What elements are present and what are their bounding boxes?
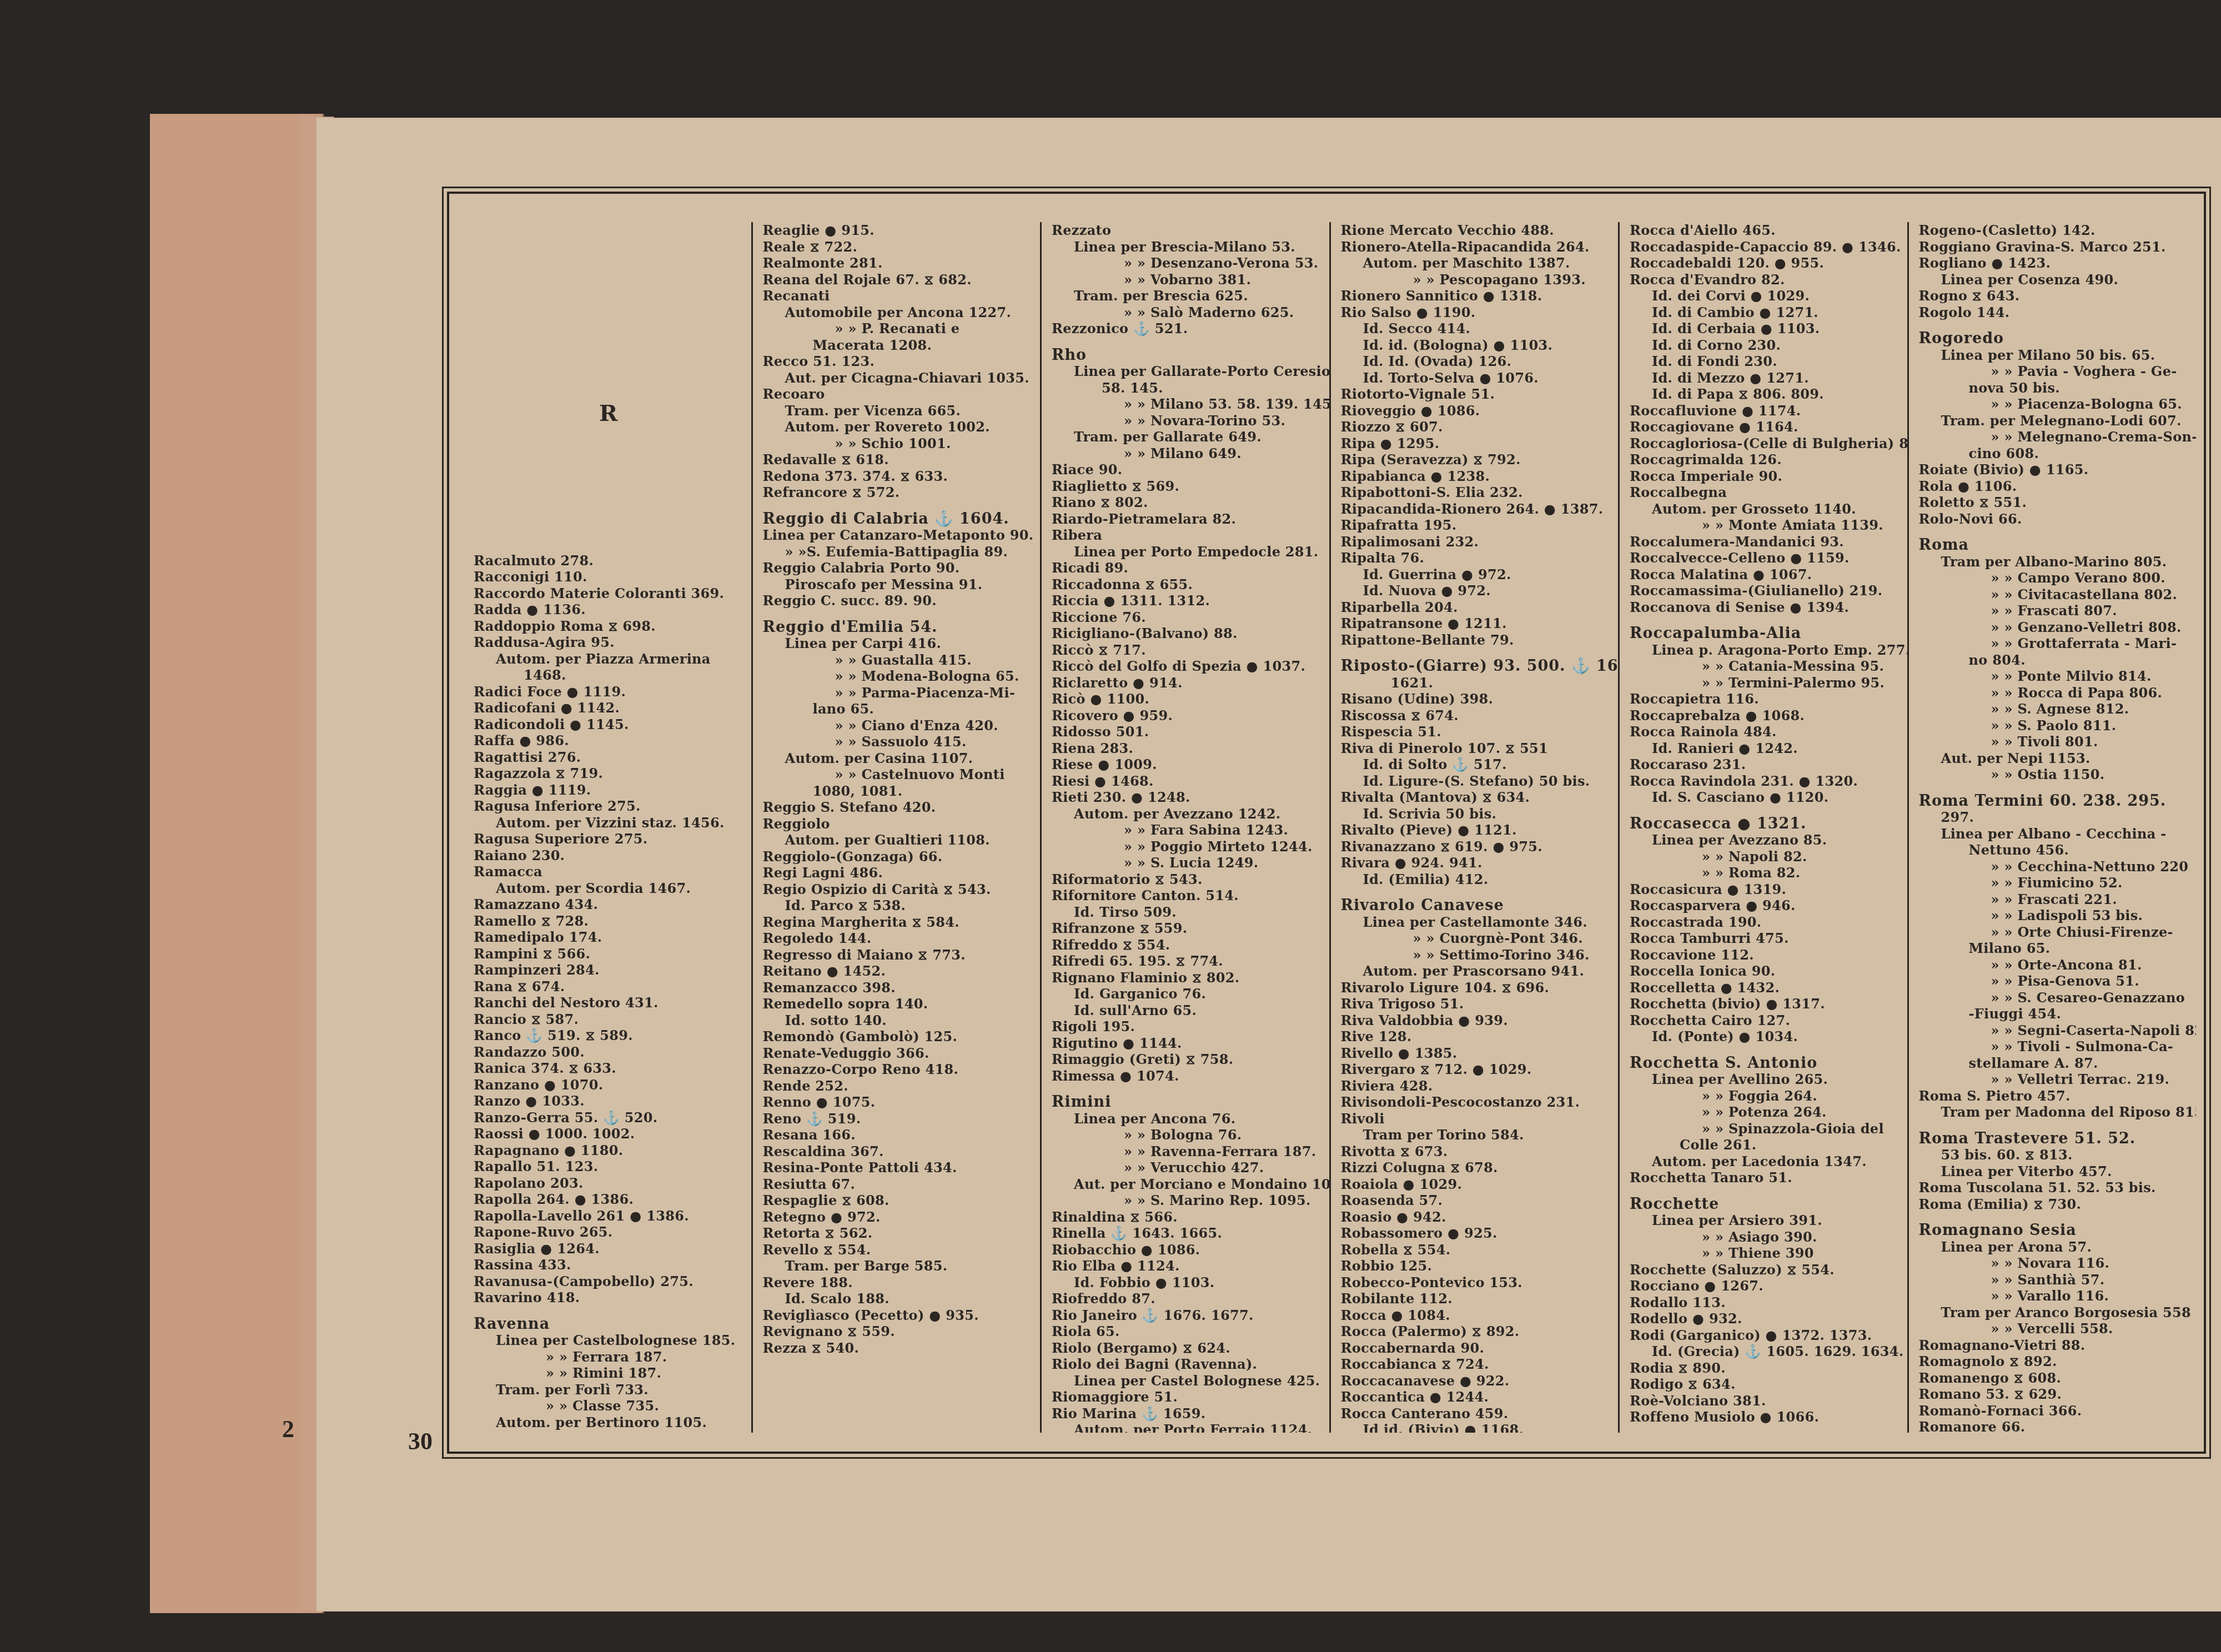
index-entry: Riobacchio ● 1086. <box>1052 1242 1321 1258</box>
index-entry: Ranzo-Gerra 55. ⚓ 520. <box>474 1109 743 1126</box>
index-entry: Raiano 230. <box>474 847 743 864</box>
index-entry: Linea per Porto Empedocle 281. <box>1052 544 1321 560</box>
index-entry: Resana 166. <box>763 1127 1033 1143</box>
index-entry: Rocchette (Saluzzo) ⧖ 554. <box>1630 1262 1900 1278</box>
index-entry: Rapagnano ● 1180. <box>474 1142 743 1159</box>
index-entry: Riccione 76. <box>1052 609 1321 626</box>
index-entry: Linea per Arsiero 391. <box>1630 1212 1900 1229</box>
index-entry: Regoledo 144. <box>763 930 1033 947</box>
column-1: R Racalmuto 278.Racconigi 110.Raccordo M… <box>464 222 753 1433</box>
index-entry: » » Schio 1001. <box>763 435 1033 452</box>
index-entry: Ragattisi 276. <box>474 749 743 766</box>
index-entry: » » Verucchio 427. <box>1052 1159 1321 1176</box>
index-entry: » » Tivoli - Sulmona-Ca- <box>1919 1038 2189 1055</box>
index-entry: Reale ⧖ 722. <box>763 239 1033 255</box>
index-entry: » » Cuorgnè-Pont 346. <box>1341 930 1611 947</box>
index-entry: Rescaldina 367. <box>763 1143 1033 1160</box>
column-4: Rione Mercato Vecchio 488.Rionero-Atella… <box>1331 222 1620 1433</box>
entry-list: RezzatoLinea per Brescia-Milano 53.» » D… <box>1052 222 1321 1433</box>
index-entry: Recco 51. 123. <box>763 353 1033 370</box>
station-heading: Rho <box>1052 347 1321 364</box>
index-entry: » » Piacenza-Bologna 65. <box>1919 396 2189 413</box>
page-number: 30 <box>408 1427 433 1455</box>
index-entry: » » Ferrara 187. <box>474 1349 743 1365</box>
index-entry: Romanengo ⧖ 608. <box>1919 1370 2189 1387</box>
index-entry: Radicofani ● 1142. <box>474 700 743 716</box>
index-entry: Id. Ranieri ● 1242. <box>1630 740 1900 757</box>
index-entry: Ravarino 418. <box>474 1289 743 1306</box>
index-entry: » » Pescopagano 1393. <box>1341 272 1611 288</box>
index-entry: -Fiuggi 454. <box>1919 1006 2189 1022</box>
index-entry: Linea p. Aragona-Porto Emp. 277. <box>1630 642 1900 659</box>
station-heading: Roma Termini 60. 238. 295. <box>1919 793 2189 810</box>
index-entry: Ripalimosani 232. <box>1341 534 1611 550</box>
index-entry: Roccasicura ● 1319. <box>1630 881 1900 898</box>
index-entry: Id. (Emilia) 412. <box>1341 871 1611 888</box>
index-entry: Ripabianca ● 1238. <box>1341 468 1611 485</box>
station-heading: Rimini <box>1052 1094 1321 1111</box>
index-entry: Robella ⧖ 554. <box>1341 1242 1611 1258</box>
index-entry: Reggio C. succ. 89. 90. <box>763 592 1033 609</box>
station-heading: Rocchetta S. Antonio <box>1630 1055 1900 1072</box>
index-entry: Riaglietto ⧖ 569. <box>1052 478 1321 495</box>
index-entry: Riano ⧖ 802. <box>1052 494 1321 511</box>
index-entry: Aut. per Nepi 1153. <box>1919 750 2189 767</box>
index-entry: Romanore 66. <box>1919 1419 2189 1433</box>
index-entry: Rodigo ⧖ 634. <box>1630 1376 1900 1393</box>
index-entry: Linea per Ancona 76. <box>1052 1111 1321 1127</box>
index-entry: Reana del Rojale 67. ⧖ 682. <box>763 272 1033 288</box>
station-heading: Ravenna <box>474 1316 743 1333</box>
index-entry: Rivisondoli-Pescocostanzo 231. <box>1341 1094 1611 1111</box>
index-entry: » » Rocca di Papa 806. <box>1919 685 2189 701</box>
station-heading: Roccasecca ● 1321. <box>1630 816 1900 832</box>
index-entry: Tram per Albano-Marino 805. <box>1919 554 2189 570</box>
index-entry: Rocca d'Aiello 465. <box>1630 222 1900 239</box>
index-entry: Id id. (Bivio) ● 1168. <box>1341 1422 1611 1433</box>
margin-mark: 2 <box>282 1415 294 1443</box>
index-entry: » » Novara-Torino 53. <box>1052 413 1321 429</box>
index-entry: Roccelletta ● 1432. <box>1630 980 1900 996</box>
index-entry: » » Civitacastellana 802. <box>1919 586 2189 603</box>
index-entry: Autom. per Rovereto 1002. <box>763 419 1033 435</box>
index-entry: » » Thiene 390 <box>1630 1245 1900 1262</box>
index-entry: Rocchetta Cairo 127. <box>1630 1012 1900 1029</box>
index-entry: Retorta ⧖ 562. <box>763 1225 1033 1242</box>
index-entry: Rocchetta Tanaro 51. <box>1630 1169 1900 1186</box>
index-entry: Riccadonna ⧖ 655. <box>1052 576 1321 593</box>
index-entry: » » Roma 82. <box>1630 865 1900 881</box>
index-entry: Autom. per Lacedonia 1347. <box>1630 1153 1900 1170</box>
index-entry: Riva Trigoso 51. <box>1341 996 1611 1012</box>
index-entry: Ragazzola ⧖ 719. <box>474 765 743 782</box>
index-entry: Reviglìasco (Pecetto) ● 935. <box>763 1307 1033 1324</box>
index-entry: Renno ● 1075. <box>763 1094 1033 1111</box>
index-entry: Id. sull'Arno 65. <box>1052 1002 1321 1019</box>
index-entry: » » Tivoli 801. <box>1919 734 2189 750</box>
index-entry: Rapolano 203. <box>474 1175 743 1192</box>
index-entry: » » Parma-Piacenza-Mi- <box>763 685 1033 701</box>
index-entry: » » S. Paolo 811. <box>1919 717 2189 734</box>
index-entry: Recoaro <box>763 386 1033 403</box>
index-entry: Rodi (Garganico) ● 1372. 1373. <box>1630 1327 1900 1344</box>
index-entry: » » Napoli 82. <box>1630 848 1900 865</box>
index-entry: » » Desenzano-Verona 53. <box>1052 255 1321 272</box>
index-entry: Riese ● 1009. <box>1052 756 1321 773</box>
index-entry: Regio Ospizio di Carità ⧖ 543. <box>763 881 1033 898</box>
index-entry: Robbio 125. <box>1341 1258 1611 1274</box>
index-entry: cino 608. <box>1919 445 2189 462</box>
index-entry: Roccadaspide-Capaccio 89. ● 1346. <box>1630 239 1900 255</box>
index-entry: Rassina 433. <box>474 1257 743 1273</box>
index-entry: Rivarolo Ligure 104. ⧖ 696. <box>1341 980 1611 996</box>
index-entry: Rionero-Atella-Ripacandida 264. <box>1341 239 1611 255</box>
index-entry: Tram. per Forlì 733. <box>474 1382 743 1398</box>
index-entry: Linea per Castellamonte 346. <box>1341 914 1611 931</box>
index-entry: Reggio S. Stefano 420. <box>763 799 1033 816</box>
index-entry: Id. Scalo 188. <box>763 1291 1033 1307</box>
index-entry: Riccò ⧖ 717. <box>1052 642 1321 659</box>
index-entry: Riardo-Pietramelara 82. <box>1052 511 1321 528</box>
index-entry: Riformatorio ⧖ 543. <box>1052 871 1321 888</box>
index-entry: Aut. per Cicagna-Chiavari 1035. <box>763 370 1033 386</box>
index-entry: 1621. <box>1341 675 1611 691</box>
index-entry: Rocca Ravindola 231. ● 1320. <box>1630 773 1900 790</box>
index-entry: Racconigi 110. <box>474 569 743 585</box>
index-entry: Autom. per Vizzini staz. 1456. <box>474 815 743 831</box>
index-entry: Raffa ● 986. <box>474 732 743 749</box>
index-entry: Roccaprebalza ● 1068. <box>1630 707 1900 724</box>
index-columns: R Racalmuto 278.Racconigi 110.Raccordo M… <box>464 222 2196 1433</box>
index-entry: Roma S. Pietro 457. <box>1919 1088 2189 1104</box>
index-entry: Colle 261. <box>1630 1137 1900 1153</box>
index-entry: » » Catania-Messina 95. <box>1630 658 1900 675</box>
index-entry: Refrancore ⧖ 572. <box>763 484 1033 501</box>
column-6: Rogeno-(Casletto) 142.Roggiano Gravina-S… <box>1909 222 2197 1433</box>
index-entry: » » Monte Amiata 1139. <box>1630 517 1900 534</box>
index-entry: » » Spinazzola-Gioia del <box>1630 1121 1900 1137</box>
index-entry: » » Orte Chiusi-Firenze- <box>1919 924 2189 941</box>
index-entry: Roccadebaldi 120. ● 955. <box>1630 255 1900 272</box>
index-entry: Rende 252. <box>763 1078 1033 1094</box>
index-entry: Id. sotto 140. <box>763 1012 1033 1029</box>
index-entry: » » Settimo-Torino 346. <box>1341 947 1611 963</box>
index-entry: Remondò (Gambolò) 125. <box>763 1028 1033 1045</box>
entry-list: Reaglie ● 915.Reale ⧖ 722.Realmonte 281.… <box>763 222 1033 1356</box>
index-entry: Rive 128. <box>1341 1028 1611 1045</box>
index-entry: Revello ⧖ 554. <box>763 1242 1033 1258</box>
index-entry: Autom. per Gualtieri 1108. <box>763 832 1033 848</box>
index-entry: Id. (Grecia) ⚓ 1605. 1629. 1634. <box>1630 1343 1900 1360</box>
index-entry: » » Milano 53. 58. 139. 145. <box>1052 396 1321 413</box>
index-entry: Rifornitore Canton. 514. <box>1052 887 1321 904</box>
index-entry: Riccia ● 1311. 1312. <box>1052 592 1321 609</box>
index-entry: Linea per Brescia-Milano 53. <box>1052 239 1321 255</box>
index-entry: Rivalto (Pieve) ● 1121. <box>1341 822 1611 838</box>
index-entry: Roccabernarda 90. <box>1341 1340 1611 1357</box>
index-entry: » » Castelnuovo Monti <box>763 766 1033 783</box>
index-entry: » » Ravenna-Ferrara 187. <box>1052 1143 1321 1160</box>
index-entry: Riviera 428. <box>1341 1078 1611 1094</box>
index-entry: » » Guastalla 415. <box>763 652 1033 669</box>
index-entry: Ramedipalo 174. <box>474 929 743 946</box>
index-entry: Id. di Solto ⚓ 517. <box>1341 756 1611 773</box>
index-entry: Roccalvecce-Celleno ● 1159. <box>1630 550 1900 566</box>
index-entry: Tram. per Barge 585. <box>763 1258 1033 1274</box>
index-entry: Roasenda 57. <box>1341 1192 1611 1209</box>
index-entry: Rio Salso ● 1190. <box>1341 304 1611 321</box>
index-entry: Roccabianca ⧖ 724. <box>1341 1356 1611 1373</box>
index-entry: Autom. per Grosseto 1140. <box>1630 501 1900 518</box>
index-entry: » » Modena-Bologna 65. <box>763 668 1033 685</box>
index-entry: Rapolla 264. ● 1386. <box>474 1191 743 1208</box>
index-entry: Rampini ⧖ 566. <box>474 946 743 962</box>
index-entry: Ricovero ● 959. <box>1052 707 1321 724</box>
index-entry: » » Frascati 807. <box>1919 602 2189 619</box>
index-entry: Rocca Tamburri 475. <box>1630 930 1900 947</box>
index-entry: Rogliano ● 1423. <box>1919 255 2189 272</box>
index-entry: Rimaggio (Greti) ⧖ 758. <box>1052 1051 1321 1068</box>
index-entry: Linea per Cosenza 490. <box>1919 272 2189 288</box>
station-heading: Rivarolo Canavese <box>1341 897 1611 914</box>
index-entry: Rinella ⚓ 1643. 1665. <box>1052 1225 1321 1242</box>
index-entry: Roccasparvera ● 946. <box>1630 897 1900 914</box>
index-entry: Roccacanavese ● 922. <box>1341 1373 1611 1389</box>
index-entry: Id. S. Casciano ● 1120. <box>1630 789 1900 806</box>
index-entry: Linea per Avezzano 85. <box>1630 832 1900 848</box>
index-entry: » » Grottaferrata - Mari- <box>1919 635 2189 652</box>
index-entry: Rezza ⧖ 540. <box>763 1340 1033 1357</box>
index-entry: Id. dei Corvi ● 1029. <box>1630 288 1900 304</box>
index-entry: Riclaretto ● 914. <box>1052 675 1321 691</box>
index-entry: » » Milano 649. <box>1052 445 1321 462</box>
index-entry: Rigoli 195. <box>1052 1018 1321 1035</box>
index-entry: Id. di Fondi 230. <box>1630 353 1900 370</box>
index-entry: Rogeno-(Casletto) 142. <box>1919 222 2189 239</box>
index-entry: Id. Scrivia 50 bis. <box>1341 806 1611 822</box>
station-heading: Rogoredo <box>1919 330 2189 347</box>
index-entry: Rivalta (Mantova) ⧖ 634. <box>1341 789 1611 806</box>
index-entry: Riola 65. <box>1052 1323 1321 1340</box>
index-entry: Linea per Viterbo 457. <box>1919 1163 2189 1180</box>
index-entry: Ricò ● 1100. <box>1052 691 1321 707</box>
index-entry: Raddusa-Agira 95. <box>474 634 743 651</box>
index-entry: Reitano ● 1452. <box>763 963 1033 980</box>
index-entry: Ripatransone ● 1211. <box>1341 615 1611 632</box>
index-entry: » » Ladispoli 53 bis. <box>1919 907 2189 924</box>
index-entry: 53 bis. 60. ⧖ 813. <box>1919 1147 2189 1163</box>
index-entry: » » Ponte Milvio 814. <box>1919 668 2189 685</box>
index-entry: Rifredi 65. 195. ⧖ 774. <box>1052 953 1321 970</box>
index-entry: Id. (Ponte) ● 1034. <box>1630 1028 1900 1045</box>
index-entry: Remanzacco 398. <box>763 980 1033 996</box>
index-entry: Riolo dei Bagni (Ravenna). <box>1052 1356 1321 1373</box>
index-entry: Rivara ● 924. 941. <box>1341 855 1611 871</box>
index-entry: Reggio Calabria Porto 90. <box>763 560 1033 576</box>
index-entry: Roma (Emilia) ⧖ 730. <box>1919 1196 2189 1213</box>
index-entry: Autom. per Prascorsano 941. <box>1341 963 1611 980</box>
index-entry: Roccapietra 116. <box>1630 691 1900 707</box>
entry-list: Rogeno-(Casletto) 142.Roggiano Gravina-S… <box>1919 222 2189 1433</box>
index-entry: Ranchi del Nestoro 431. <box>474 995 743 1011</box>
index-entry: » » Frascati 221. <box>1919 891 2189 908</box>
index-entry: Rezzato <box>1052 222 1321 239</box>
index-entry: Radici Foce ● 1119. <box>474 684 743 700</box>
index-entry: Rezzonico ⚓ 521. <box>1052 320 1321 337</box>
index-entry: Renazzo-Corpo Reno 418. <box>763 1061 1033 1078</box>
index-entry: nova 50 bis. <box>1919 380 2189 396</box>
index-entry: Rogolo 144. <box>1919 304 2189 321</box>
index-entry: Rogno ⧖ 643. <box>1919 288 2189 304</box>
station-heading: Roma <box>1919 537 2189 554</box>
index-entry: Tram. per Vicenza 665. <box>763 403 1033 419</box>
index-entry: Ranica 374. ⧖ 633. <box>474 1060 743 1077</box>
index-entry: » » P. Recanati e <box>763 320 1033 337</box>
index-entry: Ranzo ● 1033. <box>474 1093 743 1109</box>
index-entry: Rodello ● 932. <box>1630 1310 1900 1327</box>
index-entry: Rinaldina ⧖ 566. <box>1052 1209 1321 1226</box>
index-entry: Ricadi 89. <box>1052 560 1321 576</box>
index-entry: Id. id. (Bologna) ● 1103. <box>1341 337 1611 354</box>
index-entry: Riccò del Golfo di Spezia ● 1037. <box>1052 658 1321 675</box>
index-entry: 297. <box>1919 809 2189 826</box>
index-entry: Rifranzone ⧖ 559. <box>1052 920 1321 937</box>
index-entry: Riva Valdobbia ● 939. <box>1341 1012 1611 1029</box>
index-entry: » » Asiago 390. <box>1630 1229 1900 1246</box>
index-entry: lano 65. <box>763 701 1033 717</box>
index-entry: Riparbella 204. <box>1341 599 1611 616</box>
index-entry: » » Fara Sabina 1243. <box>1052 822 1321 838</box>
index-entry: » » S. Cesareo-Genazzano <box>1919 990 2189 1006</box>
index-entry: » » Rimini 187. <box>474 1365 743 1382</box>
index-entry: » » Melegnano-Crema-Son- <box>1919 429 2189 445</box>
index-entry: Rasiglia ● 1264. <box>474 1241 743 1257</box>
index-entry: Ripafratta 195. <box>1341 517 1611 534</box>
index-entry: Roiate (Bivio) ● 1165. <box>1919 461 2189 478</box>
index-entry: Raddoppio Roma ⧖ 698. <box>474 618 743 635</box>
index-entry: Roccanova di Senise ● 1394. <box>1630 599 1900 616</box>
index-entry: Romanò-Fornaci 366. <box>1919 1403 2189 1419</box>
index-entry: Id. di Mezzo ● 1271. <box>1630 370 1900 386</box>
index-entry: » » S. Marino Rep. 1095. <box>1052 1192 1321 1209</box>
station-heading: Roma Trastevere 51. 52. <box>1919 1131 2189 1147</box>
index-entry: Radicondoli ● 1145. <box>474 716 743 733</box>
index-entry: Id. Secco 414. <box>1341 320 1611 337</box>
index-entry: Rapolla-Lavello 261 ● 1386. <box>474 1208 743 1224</box>
index-entry: Tram. per Melegnano-Lodi 607. <box>1919 413 2189 429</box>
index-entry: Autom. per Maschito 1387. <box>1341 255 1611 272</box>
index-entry: Rancio ⧖ 587. <box>474 1011 743 1028</box>
index-entry: Autom. per Casina 1107. <box>763 750 1033 767</box>
index-entry: Id. Nuova ● 972. <box>1341 583 1611 599</box>
index-entry: Regi Lagni 486. <box>763 865 1033 881</box>
index-entry: Romano 53. ⧖ 629. <box>1919 1386 2189 1403</box>
index-entry: Linea per Arona 57. <box>1919 1239 2189 1256</box>
index-entry: Id. Tirso 509. <box>1052 904 1321 921</box>
index-entry: Rignano Flaminio ⧖ 802. <box>1052 970 1321 986</box>
index-entry: Rionero Sannitico ● 1318. <box>1341 288 1611 304</box>
index-entry: Roccagiovane ● 1164. <box>1630 419 1900 435</box>
index-entry: Rapone-Ruvo 265. <box>474 1224 743 1241</box>
index-entry: Rione Mercato Vecchio 488. <box>1341 222 1611 239</box>
index-entry: » » Foggia 264. <box>1630 1088 1900 1104</box>
index-entry: Robassomero ● 925. <box>1341 1225 1611 1242</box>
index-entry: » » Velletri Terrac. 219. <box>1919 1071 2189 1088</box>
station-heading: Riposto-(Giarre) 93. 500. ⚓ 1604. <box>1341 658 1611 675</box>
index-entry: Rivanazzano ⧖ 619. ● 975. <box>1341 838 1611 855</box>
index-entry: Roletto ⧖ 551. <box>1919 494 2189 511</box>
index-entry: » » Orte-Ancona 81. <box>1919 957 2189 973</box>
index-entry: Rieti 230. ● 1248. <box>1052 789 1321 806</box>
index-entry: Riva di Pinerolo 107. ⧖ 551 <box>1341 740 1611 757</box>
index-entry: Roccavione 112. <box>1630 947 1900 963</box>
index-entry: Regresso di Maiano ⧖ 773. <box>763 947 1033 963</box>
index-entry: Robilante 112. <box>1341 1291 1611 1307</box>
index-entry: Tram per Torino 584. <box>1341 1127 1611 1143</box>
index-entry: Roccamassima-(Giulianello) 219. <box>1630 583 1900 599</box>
index-entry: Rola ● 1106. <box>1919 478 2189 495</box>
index-entry: Rampinzeri 284. <box>474 962 743 978</box>
index-entry: Rocca Canterano 459. <box>1341 1405 1611 1422</box>
index-entry: Rio Elba ● 1124. <box>1052 1258 1321 1274</box>
index-entry: Rocca Imperiale 90. <box>1630 468 1900 485</box>
index-entry: Riozzo ⧖ 607. <box>1341 419 1611 435</box>
index-entry: Revere 188. <box>763 1274 1033 1291</box>
index-entry: Riolo (Bergamo) ⧖ 624. <box>1052 1340 1321 1357</box>
index-entry: » »S. Eufemia-Battipaglia 89. <box>763 544 1033 560</box>
index-entry: Roccafluvione ● 1174. <box>1630 403 1900 419</box>
index-entry: Rocca Malatina ● 1067. <box>1630 566 1900 583</box>
index-entry: Riotorto-Vignale 51. <box>1341 386 1611 403</box>
index-entry: 1080, 1081. <box>763 783 1033 800</box>
index-entry: Realmonte 281. <box>763 255 1033 272</box>
index-entry: Rodallo 113. <box>1630 1294 1900 1311</box>
index-entry: Roccagrimalda 126. <box>1630 451 1900 468</box>
index-entry: Rivoli <box>1341 1111 1611 1127</box>
station-heading: Romagnano Sesia <box>1919 1222 2189 1239</box>
index-entry: Roccalbegna <box>1630 484 1900 501</box>
index-entry: Riofreddo 87. <box>1052 1291 1321 1307</box>
index-entry: Rocca Rainola 484. <box>1630 724 1900 740</box>
index-entry: » » Classe 735. <box>474 1398 743 1414</box>
index-entry: Autom. per Porto Ferraio 1124. <box>1052 1422 1321 1433</box>
index-entry: Randazzo 500. <box>474 1044 743 1061</box>
index-entry: Remedello sopra 140. <box>763 996 1033 1012</box>
index-entry: Resiutta 67. <box>763 1176 1033 1193</box>
index-entry: » » Vercelli 558. <box>1919 1320 2189 1337</box>
index-entry: Rapallo 51. 123. <box>474 1158 743 1175</box>
index-entry: Linea per Milano 50 bis. 65. <box>1919 347 2189 364</box>
index-entry: Tram per Aranco Borgosesia 558 <box>1919 1304 2189 1321</box>
index-entry: Redavalle ⧖ 618. <box>763 451 1033 468</box>
index-entry: Riscossa ⧖ 674. <box>1341 707 1611 724</box>
index-entry: Roccalumera-Mandanici 93. <box>1630 534 1900 550</box>
index-entry: Racalmuto 278. <box>474 553 743 569</box>
index-entry: Recanati <box>763 288 1033 304</box>
index-entry: » » Termini-Palermo 95. <box>1630 675 1900 691</box>
index-entry: Rocciano ● 1267. <box>1630 1278 1900 1294</box>
index-entry: Tram per Madonna del Riposo 815. <box>1919 1104 2189 1121</box>
index-entry: Id. Ligure-(S. Stefano) 50 bis. <box>1341 773 1611 790</box>
index-entry: Tram. per Brescia 625. <box>1052 288 1321 304</box>
index-entry: Reno ⚓ 519. <box>763 1111 1033 1127</box>
index-entry: Id. Parco ⧖ 538. <box>763 897 1033 914</box>
index-entry: » » S. Lucia 1249. <box>1052 855 1321 871</box>
index-entry: » » Potenza 264. <box>1630 1104 1900 1121</box>
index-entry: Linea per Castel Bolognese 425. <box>1052 1373 1321 1389</box>
index-entry: Ravanusa-(Campobello) 275. <box>474 1273 743 1290</box>
index-entry: Reggiolo-(Gonzaga) 66. <box>763 848 1033 865</box>
